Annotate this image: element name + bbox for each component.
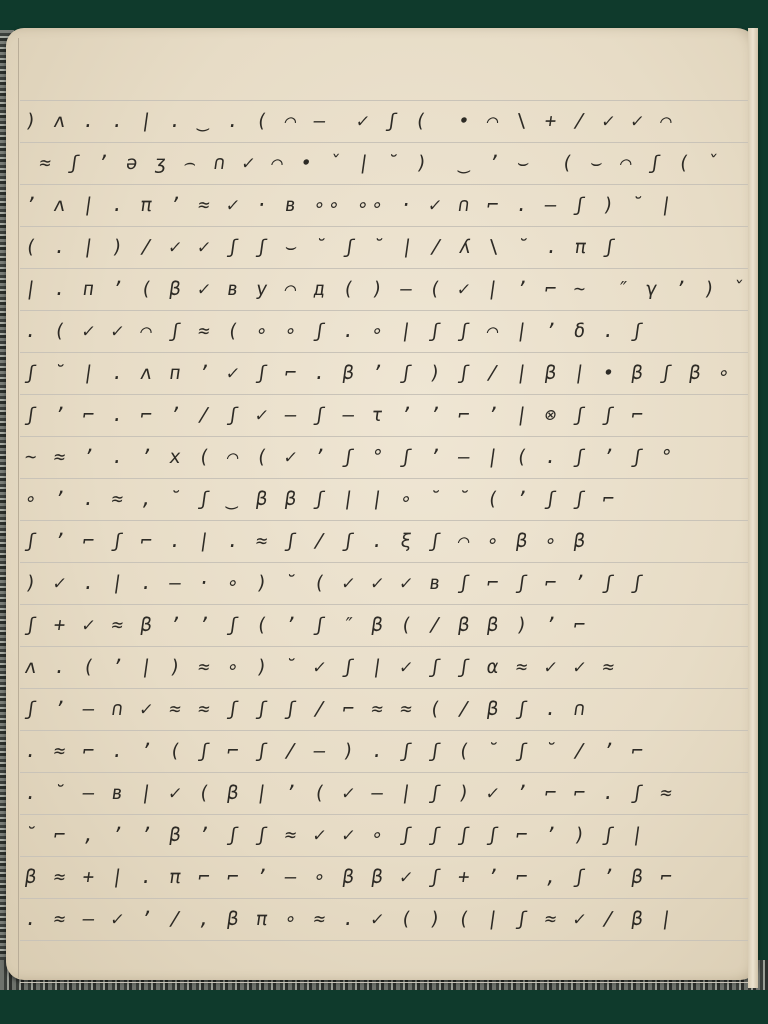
shorthand-line: ∼ ≈ ’ . ’ х ( ⌒ ( ✓ ’ ʃ ° ʃ ’ – | ( . ʃ … bbox=[21, 446, 746, 482]
shorthand-line: ) ✓ . | . – · ∘ ) ˘ ( ✓ ✓ ✓ в ʃ ⌐ ʃ ⌐ ’ … bbox=[21, 572, 746, 608]
shorthand-line: . ≈ – ✓ ’ / , β π ∘ ≈ . ✓ ( ) ( | ʃ ≈ ✓ … bbox=[21, 908, 746, 944]
shorthand-line: ʃ ’ ⌐ . ⌐ ’ / ʃ ✓ – ʃ – τ ’ ’ ⌐ ’ | ⊗ ʃ … bbox=[21, 404, 746, 440]
shorthand-line: ( . | ) ∕ ✓ ✓ ʃ ʃ ⌣ ˘ ʃ ˘ | / ʎ \ ˘ . π … bbox=[21, 236, 746, 272]
shorthand-line: ’ ʌ | . π ’ ≈ ✓ · в ∘∘ ∘∘ · ✓ ∩ ⌐ . — ʃ … bbox=[21, 194, 746, 230]
rule-line bbox=[20, 100, 748, 101]
shorthand-line: ∘ ’ . ≈ , ˘ ʃ ‿ β β ʃ | | ∘ ˘ ˘ ( ’ ʃ ʃ … bbox=[21, 488, 746, 524]
shorthand-line: ʃ ’ ⌐ ʃ ⌐ . | . ≈ ʃ / ʃ . ξ ʃ ⌒ ∘ β ∘ β bbox=[21, 530, 746, 566]
shorthand-line: ʃ ’ – ∩ ✓ ≈ ≈ ʃ ʃ ʃ / ⌐ ≈ ≈ ( / β ʃ . ∩ bbox=[21, 698, 746, 734]
shorthand-line: . ( ✓ ✓ ⌒ ʃ ≈ ( ∘ ∘ ʃ . ∘ | ʃ ʃ ⌒ | ’ δ … bbox=[21, 320, 746, 356]
shorthand-line: ≈ ʃ ’ ə ʒ ⌢ ∩ ✓ ⌒ • ˇ | ˘ ) ‿ ’ ⌣ ( ⌣ ⌒ … bbox=[21, 152, 746, 188]
shorthand-line: β ≈ + | . π ⌐ ⌐ ’ – ∘ β β ✓ ʃ + ’ ⌐ , ʃ … bbox=[21, 866, 746, 902]
shorthand-line: ˘ ⌐ , ’ ’ β ’ ʃ ʃ ≈ ✓ ✓ ∘ ʃ ʃ ʃ ʃ ⌐ ’ ) … bbox=[21, 824, 746, 860]
rule-line bbox=[20, 982, 748, 983]
shorthand-line: . ≈ ⌐ . ’ ( ʃ ⌐ ʃ / – ) . ʃ ʃ ( ˘ ʃ ˘ / … bbox=[21, 740, 746, 776]
shorthand-line: . ˘ – в | ✓ ( β | ’ ( ✓ – | ʃ ) ✓ ’ ⌐ ⌐ … bbox=[21, 782, 746, 818]
shorthand-line: ʃ + ✓ ≈ β ’ ’ ʃ ( ’ ʃ ″ β ( / β β ) ’ ⌐ bbox=[21, 614, 746, 650]
notebook-page: ) ʌ . . | . ‿ . ( ⌒ — ✓ ʃ ( • ⌒ \ + / ✓ … bbox=[6, 28, 758, 980]
shorthand-line: ʌ . ( ’ | ) ≈ ∘ ) ˘ ✓ ʃ | ✓ ʃ ʃ α ≈ ✓ ✓ … bbox=[21, 656, 746, 692]
shorthand-line: ) ʌ . . | . ‿ . ( ⌒ — ✓ ʃ ( • ⌒ \ + / ✓ … bbox=[21, 110, 746, 146]
shorthand-line: | . п ’ ( β ✓ в у ⌒ д ( ) – ( ✓ | ’ ⌐ ∼ … bbox=[21, 278, 746, 314]
shorthand-line: ʃ ˘ | . ʌ п ’ ✓ ʃ ⌐ . β ’ ʃ ) ʃ / | β | … bbox=[21, 362, 746, 398]
